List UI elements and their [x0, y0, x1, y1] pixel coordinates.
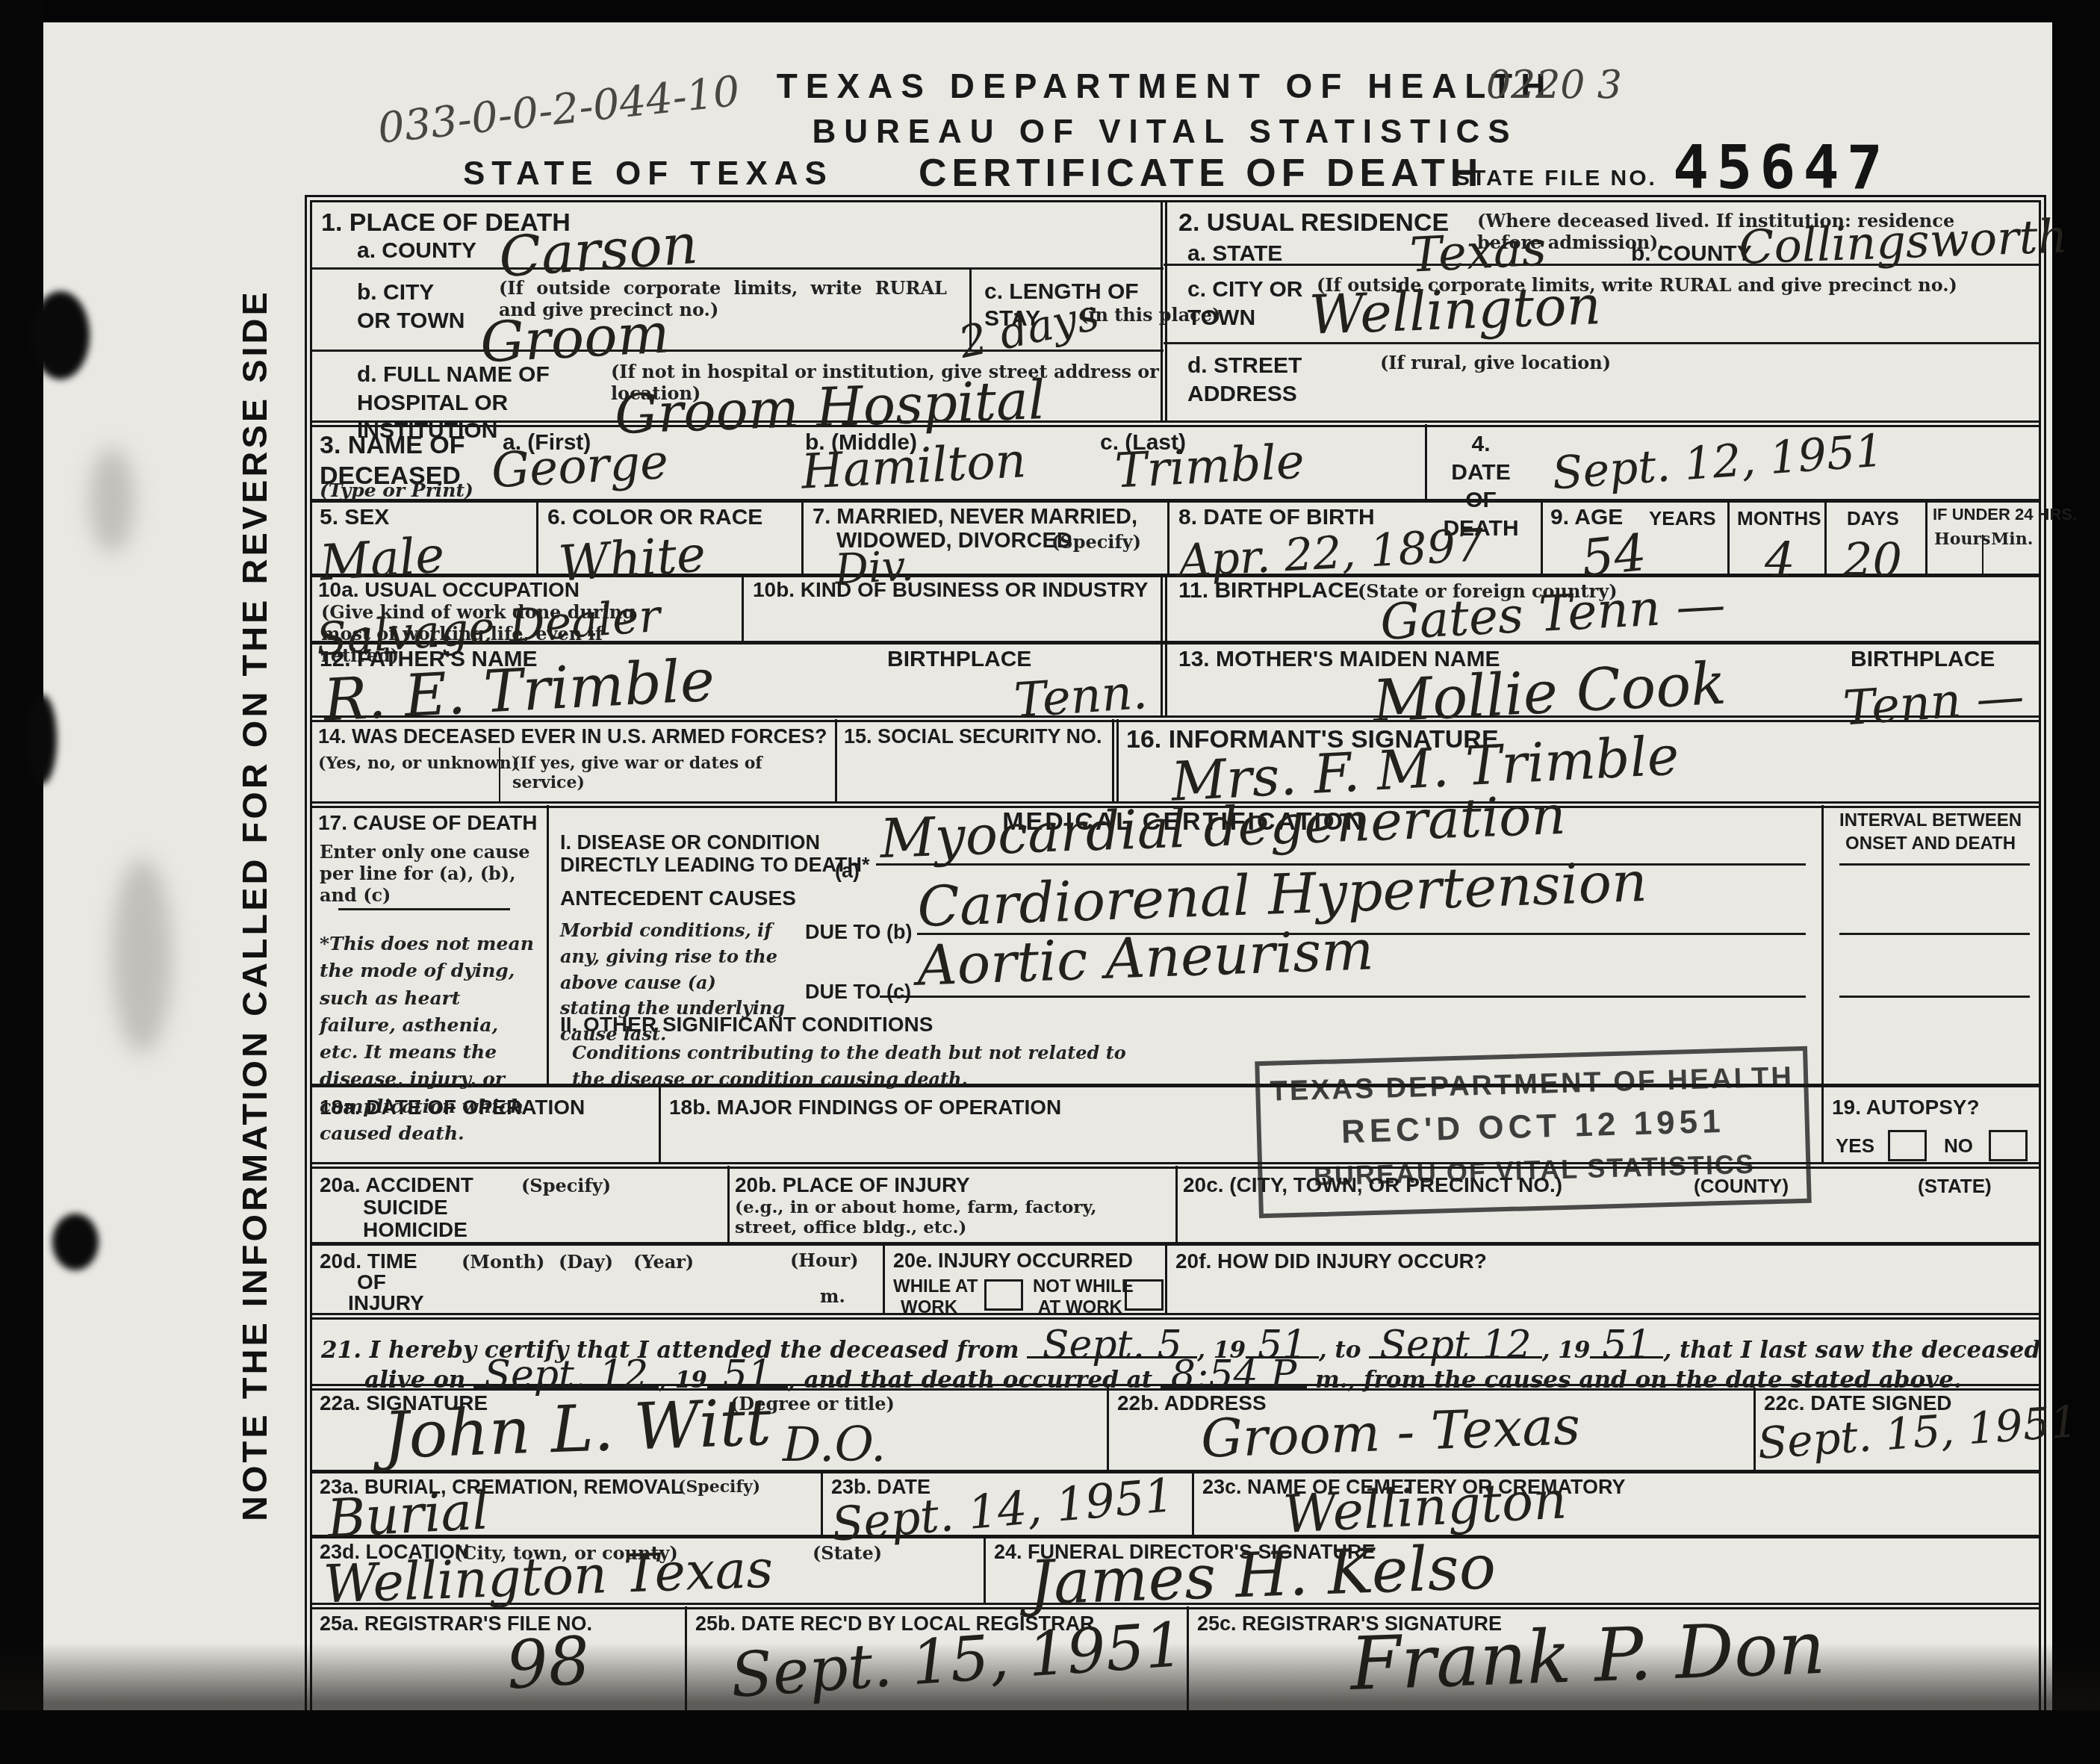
s20d-label3: INJURY: [348, 1291, 424, 1315]
rule: [1164, 342, 2039, 344]
s22b-value: Groom - Texas: [1200, 1400, 1581, 1465]
rule: [312, 1535, 2039, 1538]
injury-not-while-at-work-checkbox: [1125, 1279, 1164, 1311]
s17-i-label1: I. DISEASE OR CONDITION: [560, 831, 820, 854]
cert-to-date: Sept 12: [1369, 1335, 1541, 1358]
s13-bp-value: Tenn —: [1842, 673, 2025, 733]
s6-value: White: [557, 529, 707, 589]
rule: [312, 1313, 2039, 1320]
certificate-form: 1. PLACE OF DEATH a. COUNTY Carson b. CI…: [310, 200, 2041, 1715]
scan-shadow-bottom: [0, 1643, 2100, 1718]
s17-c-value: Aortic Aneurism: [916, 922, 1375, 993]
s2a-label: a. STATE: [1187, 241, 1282, 267]
certificate-title: CERTIFICATE OF DEATH: [919, 151, 1483, 196]
s23d-state-note: (State): [813, 1542, 882, 1564]
s20a-label2: SUICIDE: [363, 1196, 448, 1220]
autopsy-yes-checkbox: [1888, 1130, 1927, 1161]
s20f-label: 20f. HOW DID INJURY OCCUR?: [1175, 1249, 1487, 1273]
s20e-not1: NOT WHILE: [1033, 1276, 1134, 1297]
s17-i-label2: DIRECTLY LEADING TO DEATH*: [560, 854, 870, 877]
rule: [1821, 1087, 1824, 1162]
s13-bp-label: BIRTHPLACE: [1851, 647, 1995, 672]
rule: [1753, 1388, 1756, 1470]
rule: [1925, 499, 1927, 574]
rule: [312, 499, 2039, 503]
s23a-note: (Specify): [678, 1477, 760, 1497]
s20c-county-label: (COUNTY): [1694, 1175, 1789, 1198]
s20e-label: 20e. INJURY OCCURRED: [893, 1249, 1133, 1273]
rule: [312, 1242, 2039, 1246]
s7-note: (Specify): [1051, 531, 1141, 553]
s2d-note: (If rural, give location): [1380, 352, 1611, 373]
s22a-degree: D.O.: [783, 1421, 886, 1469]
rule: [727, 1166, 730, 1242]
s20a-label3: HOMICIDE: [363, 1218, 467, 1242]
s20e-while1: WHILE AT: [893, 1276, 978, 1297]
s19-no-label: NO: [1944, 1134, 1973, 1158]
scan-edge-right: [2052, 0, 2100, 1764]
s2b-value: Collingsworth: [1738, 213, 2068, 270]
s20d-m-label: m.: [820, 1285, 845, 1307]
s18a-label: 18a. DATE OF OPERATION: [320, 1096, 585, 1119]
s9-months-value: 4: [1765, 537, 1795, 585]
s20c-state-label: (STATE): [1918, 1175, 1992, 1198]
s18b-label: 18b. MAJOR FINDINGS OF OPERATION: [669, 1096, 1061, 1119]
rule: [547, 805, 549, 1084]
s20d-year-label: (Year): [633, 1251, 694, 1273]
s17-a-tag: (a): [835, 860, 860, 883]
binder-hole: [31, 291, 90, 379]
s22a-value: John L. Witt: [382, 1391, 772, 1468]
s2a-value: Texas: [1408, 225, 1547, 279]
s17-b-tag: DUE TO (b): [805, 921, 913, 944]
s3-middle-value: Hamilton: [801, 437, 1028, 497]
s2c-label: c. CITY OR TOWN: [1187, 276, 1307, 332]
s17-interval-label: INTERVAL BETWEEN ONSET AND DEATH: [1829, 809, 2032, 855]
s9-min-label: Min.: [1991, 529, 2033, 549]
certify-statement-line2: alive on Sept. 12, 1951, and that death …: [364, 1364, 1962, 1394]
s17-c-tag: DUE TO (c): [805, 981, 911, 1004]
s2d-label: d. STREET ADDRESS: [1187, 352, 1337, 408]
rule: [1192, 1470, 1194, 1535]
s7-label-line1: 7. MARRIED, NEVER MARRIED,: [813, 505, 1137, 529]
rule: [1824, 499, 1827, 574]
cert-p1: 21. I hereby certify that I attended the…: [321, 1337, 1019, 1364]
s20a-label1: 20a. ACCIDENT: [320, 1173, 473, 1197]
injury-while-at-work-checkbox: [984, 1279, 1023, 1311]
rule: [742, 574, 744, 641]
s20d-month-label: (Month): [462, 1251, 544, 1273]
s20c-label: 20c. (CITY, TOWN, OR PRECINCT NO.): [1183, 1173, 1562, 1197]
s23d-value: Wellington Texas: [323, 1543, 774, 1611]
rule: [821, 1470, 823, 1535]
s24-value: James H. Kelso: [1028, 1537, 1497, 1615]
s17-a-value: Myocardial degeneration: [879, 788, 1567, 866]
s5-label: 5. SEX: [320, 505, 389, 530]
s20b-note: (e.g., in or about home, farm, factory, …: [735, 1197, 1153, 1237]
s20b-label: 20b. PLACE OF INJURY: [735, 1173, 970, 1197]
header-bureau: BUREAU OF VITAL STATISTICS: [695, 114, 1635, 151]
s9-days-value: 20: [1843, 537, 1902, 583]
rule: [659, 1087, 661, 1162]
cert-year2: 51: [1590, 1335, 1663, 1358]
rule: [536, 499, 538, 574]
s9-days-label: DAYS: [1847, 507, 1899, 530]
s20d-day-label: (Day): [559, 1251, 613, 1273]
reverse-side-note: NOTE THE INFORMATION CALLED FOR ON THE R…: [234, 233, 282, 1577]
rule: [1167, 499, 1169, 574]
rule: [1425, 424, 1427, 499]
s1c-value: 2 days: [955, 293, 1102, 364]
s17-note1: Enter only one cause per line for (a), (…: [320, 841, 536, 906]
rule: [1161, 574, 1167, 715]
s1b-label: b. CITY OR TOWN: [357, 279, 469, 335]
cert-p9: m., from the causes and on the date stat…: [1315, 1367, 1962, 1394]
cert-death-time: 8:54 P: [1161, 1364, 1307, 1388]
rule: [338, 908, 510, 910]
s4-value: Sept. 12, 1951: [1550, 429, 1885, 497]
scan-edge-top: [0, 0, 2100, 22]
rule: [1839, 996, 2030, 998]
rule: [1541, 499, 1543, 574]
s1a-value: Carson: [497, 217, 700, 285]
s9-years-label: YEARS: [1649, 507, 1716, 530]
s19-yes-label: YES: [1836, 1134, 1874, 1158]
s9-years-value: 54: [1579, 528, 1649, 586]
rule: [1727, 499, 1730, 574]
s14-label: 14. WAS DECEASED EVER IN U.S. ARMED FORC…: [318, 725, 827, 748]
rule: [1839, 863, 2030, 866]
rule: [312, 267, 1164, 270]
state-file-number: 45647: [1673, 133, 1890, 202]
rule: [835, 719, 837, 801]
s12-bp-value: Tenn.: [1013, 668, 1149, 725]
s3-last-value: Trimble: [1113, 438, 1305, 495]
s1a-label: a. COUNTY: [357, 238, 476, 264]
s11-label: 11. BIRTHPLACE: [1178, 578, 1359, 603]
s9-months-label: MONTHS: [1737, 507, 1821, 530]
scan-smudge: [90, 448, 134, 553]
s17-antecedent-label: ANTECEDENT CAUSES: [560, 886, 796, 910]
cert-p3: , to: [1319, 1337, 1361, 1364]
cert-p6: alive on: [364, 1367, 465, 1394]
header-state-of-texas: STATE OF TEXAS: [463, 155, 833, 193]
s23a-value: Burial: [326, 1484, 490, 1544]
s14-note2: (If yes, give war or dates of service): [512, 754, 826, 792]
s14-note1: (Yes, no, or unknown): [318, 754, 519, 773]
rule: [1165, 1242, 1167, 1313]
s17-ii-label: II. OTHER SIGNIFICANT CONDITIONS: [560, 1013, 933, 1037]
s9-under-label: IF UNDER 24 HRS.: [1933, 505, 2077, 524]
rule: [1821, 805, 1824, 1084]
rule: [1107, 1388, 1109, 1470]
s3-title-note: (Type or Print): [320, 477, 473, 504]
s20d-hour-label: (Hour): [790, 1249, 859, 1271]
s2b-label: b. COUNTY: [1631, 241, 1752, 267]
s10b-label: 10b. KIND OF BUSINESS OR INDUSTRY: [753, 578, 1148, 602]
binder-hole: [52, 1214, 99, 1270]
s2c-value: Wellington: [1308, 278, 1602, 342]
rule: [312, 1470, 2039, 1473]
s20e-not2: AT WORK: [1038, 1297, 1122, 1318]
rule: [984, 1535, 986, 1603]
rule: [880, 996, 1806, 998]
s9-hours-label: Hours: [1934, 529, 1990, 549]
cert-alive-date: Sept. 12: [473, 1364, 659, 1388]
s17-label: 17. CAUSE OF DEATH: [318, 811, 538, 835]
cert-p4: , 19: [1542, 1337, 1591, 1364]
handwritten-batch: 0220 3: [1486, 66, 1622, 105]
s17-ii-note: Conditions contributing to the death but…: [572, 1040, 1155, 1093]
rule: [1112, 719, 1119, 801]
state-file-no-label: STATE FILE NO.: [1455, 166, 1657, 191]
scan-mark: [27, 695, 57, 784]
s13-value: Mollie Cook: [1371, 655, 1727, 732]
scan-edge-left: [0, 0, 43, 1764]
rule: [883, 1242, 885, 1313]
s15-label: 15. SOCIAL SECURITY NO.: [844, 725, 1102, 748]
s3-first-value: George: [490, 438, 669, 495]
rule: [801, 499, 804, 574]
rule: [1839, 933, 2030, 935]
s12-bp-label: BIRTHPLACE: [887, 647, 1031, 672]
autopsy-no-checkbox: [1989, 1130, 2028, 1161]
s11-value: Gates Tenn —: [1379, 580, 1727, 647]
s20a-note: (Specify): [521, 1175, 611, 1196]
s20e-while2: WORK: [901, 1297, 957, 1318]
stamp-line2: REC'D OCT 12 1951: [1261, 1101, 1805, 1153]
s19-label: 19. AUTOPSY?: [1832, 1096, 1980, 1119]
scanned-death-certificate: NOTE THE INFORMATION CALLED FOR ON THE R…: [0, 0, 2100, 1764]
cert-year3: 51: [707, 1364, 788, 1388]
scan-edge-bottom: [0, 1710, 2100, 1764]
rule: [1175, 1166, 1178, 1242]
s23c-value: Wellington: [1282, 1473, 1568, 1541]
s6-label: 6. COLOR OR RACE: [547, 505, 762, 530]
cert-p8: , and that death occurred at: [788, 1367, 1152, 1394]
cert-p5: , that I last saw the deceased: [1663, 1337, 2040, 1364]
scan-smudge: [112, 859, 172, 1053]
stamp-line1: TEXAS DEPARTMENT OF HEALTH: [1260, 1061, 1804, 1108]
